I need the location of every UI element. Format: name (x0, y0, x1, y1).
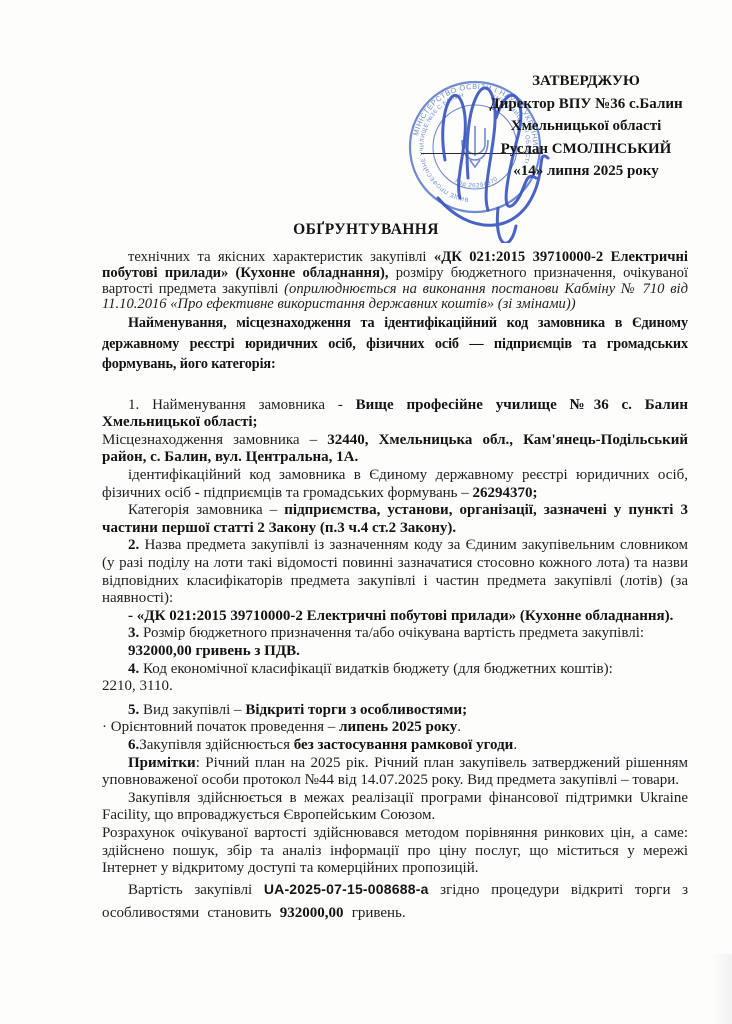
item-6-text: Закупівля здійснюється (139, 737, 293, 753)
item-category: Категорія замовника – підприємства, уста… (102, 502, 688, 537)
cost-calculation-paragraph: Розрахунок очікуваної вартості здійснюва… (102, 825, 688, 878)
category-label: Категорія замовника – (128, 502, 284, 518)
tender-id-value: UA-2025-07-15-008688-a (264, 881, 429, 897)
id-code-value: 26294370; (473, 485, 538, 501)
item-3-number: 3. (128, 625, 139, 641)
item-5-type: 5. Вид закупівлі – Відкриті торги з особ… (102, 702, 688, 720)
intro-paragraph: технічних та якісних характеристик закуп… (102, 250, 688, 313)
item-6-number: 6. (128, 737, 139, 753)
numbered-items: 1. Найменування замовника - Вище професі… (102, 397, 688, 878)
notes-paragraph: Примітки: Річний план на 2025 рік. Річни… (102, 755, 688, 790)
id-code-label: ідентифікаційний код замовника в Єдиному… (102, 467, 688, 501)
approver-region: Хмельницької області (452, 115, 720, 138)
item-id-code: ідентифікаційний код замовника в Єдиному… (102, 467, 688, 502)
intro-text-1: технічних та якісних характеристик закуп… (128, 249, 434, 265)
item-6-period: . (513, 737, 517, 753)
start-date-value: липень 2025 року (339, 719, 457, 735)
scan-edge-artifact (710, 954, 732, 1024)
item-4-text: Код економічної класифікації видатків бю… (139, 661, 613, 677)
ukraine-facility-paragraph: Закупівля здійснюється в межах реалізаці… (102, 790, 688, 825)
item-3-budget: 3. Розмір бюджетного призначення та/або … (102, 625, 688, 643)
procurement-type-value: Відкриті торги з особливостями; (245, 702, 467, 718)
classification-codes-value: 2210, 3110. (102, 678, 173, 694)
item-3-text: Розмір бюджетного призначення та/або очі… (139, 625, 644, 641)
item-5-text: Вид закупівлі – (139, 702, 245, 718)
document-title: ОБҐРУНТУВАННЯ (0, 221, 732, 239)
item-location: Місцезнаходження замовника – 32440, Хмел… (102, 432, 688, 467)
budget-amount: 932000,00 гривень з ПДВ. (102, 643, 688, 661)
item-dk-code: - «ДК 021:2015 39710000-2 Електричні поб… (102, 608, 688, 626)
approver-position: Директор ВПУ №36 с.Балин (452, 93, 720, 116)
item-2-number: 2. (128, 537, 139, 553)
start-date-label: · Орієнтовний початок проведення – (102, 719, 339, 735)
item-1-customer-name: 1. Найменування замовника - Вище професі… (102, 397, 688, 432)
document-body: технічних та якісних характеристик закуп… (102, 250, 688, 925)
location-label: Місцезнаходження замовника – (102, 432, 327, 448)
framework-value: без застосування рамкової угоди (294, 737, 514, 753)
approval-block: ЗАТВЕРДЖУЮ Директор ВПУ №36 с.Балин Хмел… (452, 70, 720, 183)
ukraine-facility-text: Закупівля здійснюється в межах реалізаці… (102, 790, 688, 824)
cost-calculation-text: Розрахунок очікуваної вартості здійснюва… (102, 825, 688, 876)
budget-amount-value: 932000,00 гривень з ПДВ. (128, 643, 300, 659)
item-4-classification: 4. Код економічної класифікації видатків… (102, 661, 688, 679)
final-amount-value: 932000,00 (280, 905, 344, 921)
approval-word: ЗАТВЕРДЖУЮ (452, 70, 720, 93)
item-1-label: 1. Найменування замовника - (128, 397, 356, 413)
item-6-framework: 6.Закупівля здійснюється без застосуванн… (102, 737, 688, 755)
final-cost-paragraph: Вартість закупівлі UA-2025-07-15-008688-… (102, 878, 688, 925)
final-currency: гривень. (343, 905, 405, 921)
final-cost-label: Вартість закупівлі (128, 882, 264, 898)
classification-codes: 2210, 3110. (102, 678, 688, 696)
item-2-subject: 2. Назва предмета закупівлі із зазначенн… (102, 537, 688, 607)
item-2-text: Назва предмета закупівлі із зазначенням … (102, 537, 688, 606)
approver-name: Руслан СМОЛІНСЬКИЙ (452, 138, 720, 161)
item-5-number: 5. (128, 702, 139, 718)
item-start-date: · Орієнтовний початок проведення – липен… (102, 719, 688, 737)
approval-date: «14» липня 2025 року (452, 160, 720, 183)
start-date-period: . (457, 719, 461, 735)
section-heading: Найменування, місцезнаходження та іденти… (102, 313, 688, 375)
scanned-document-page: МІНІСТЕРСТВО ОСВІТИ І НАУКИ УКРАЇНИ ВИЩЕ… (0, 0, 732, 1024)
notes-label: Примітки (128, 755, 196, 771)
dk-code-value: - «ДК 021:2015 39710000-2 Електричні поб… (128, 608, 673, 624)
item-4-number: 4. (128, 661, 139, 677)
